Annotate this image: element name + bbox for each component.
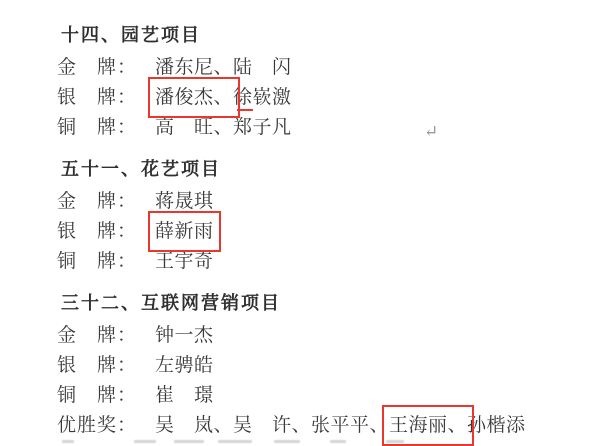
award-row-silver: 银 牌： 左骋皓 <box>57 350 599 380</box>
winner-names: 崔 璟 <box>155 380 214 410</box>
section-title: 十四、园艺项目 <box>61 24 599 48</box>
award-rows: 金 牌： 潘东尼、陆 闪 银 牌： 潘俊杰、 徐嵚激 铜 牌： 高 旺、郑子凡 <box>57 52 599 142</box>
award-label: 银 牌： <box>57 216 155 246</box>
award-row-merit: 优胜奖： 吴 岚、吴 许、张平平、 王海丽、 孙楷添 <box>57 410 599 440</box>
award-label: 铜 牌： <box>57 246 155 276</box>
award-row-silver: 银 牌： 潘俊杰、 徐嵚激 <box>57 82 599 112</box>
winner-names: 吴 岚、吴 许、张平平、 <box>155 410 389 440</box>
award-row-gold: 金 牌： 钟一杰 <box>57 320 599 350</box>
award-row-gold: 金 牌： 蒋晟琪 <box>57 186 599 216</box>
award-label: 优胜奖： <box>57 410 155 440</box>
award-label: 银 牌： <box>57 350 155 380</box>
highlight-box: 潘俊杰、 <box>148 77 240 118</box>
award-label: 金 牌： <box>57 320 155 350</box>
highlight-box: 薛新雨 <box>148 211 221 252</box>
award-row-gold: 金 牌： 潘东尼、陆 闪 <box>57 52 599 82</box>
section-title: 五十一、花艺项目 <box>61 158 599 182</box>
section-floral-art: 五十一、花艺项目 金 牌： 蒋晟琪 银 牌： 薛新雨 铜 牌： 王宇奇 <box>57 158 599 276</box>
award-row-bronze: 铜 牌： 崔 璟 <box>57 380 599 410</box>
award-row-bronze: 铜 牌： 王宇奇 <box>57 246 599 276</box>
award-label: 铜 牌： <box>57 112 155 142</box>
paragraph-return-icon: ↵ <box>424 124 438 141</box>
winner-names: 徐嵚激 <box>233 82 292 112</box>
award-row-silver: 银 牌： 薛新雨 <box>57 216 599 246</box>
document-page: 十四、园艺项目 金 牌： 潘东尼、陆 闪 银 牌： 潘俊杰、 徐嵚激 铜 牌： … <box>0 0 599 446</box>
section-internet-marketing: 三十二、互联网营销项目 金 牌： 钟一杰 银 牌： 左骋皓 铜 牌： 崔 璟 优… <box>57 292 599 440</box>
winner-names: 孙楷添 <box>467 410 526 440</box>
winner-names: 左骋皓 <box>155 350 214 380</box>
section-gardening: 十四、园艺项目 金 牌： 潘东尼、陆 闪 银 牌： 潘俊杰、 徐嵚激 铜 牌： … <box>57 24 599 142</box>
award-label: 金 牌： <box>57 186 155 216</box>
section-title: 三十二、互联网营销项目 <box>61 292 599 316</box>
award-label: 银 牌： <box>57 82 155 112</box>
highlight-box: 王海丽、 <box>382 405 474 446</box>
winner-names: 钟一杰 <box>155 320 214 350</box>
award-label: 金 牌： <box>57 52 155 82</box>
award-rows: 金 牌： 蒋晟琪 银 牌： 薛新雨 铜 牌： 王宇奇 <box>57 186 599 276</box>
award-label: 铜 牌： <box>57 380 155 410</box>
award-rows: 金 牌： 钟一杰 银 牌： 左骋皓 铜 牌： 崔 璟 优胜奖： 吴 岚、吴 许、… <box>57 320 599 440</box>
award-row-bronze: 铜 牌： 高 旺、郑子凡 <box>57 112 599 142</box>
